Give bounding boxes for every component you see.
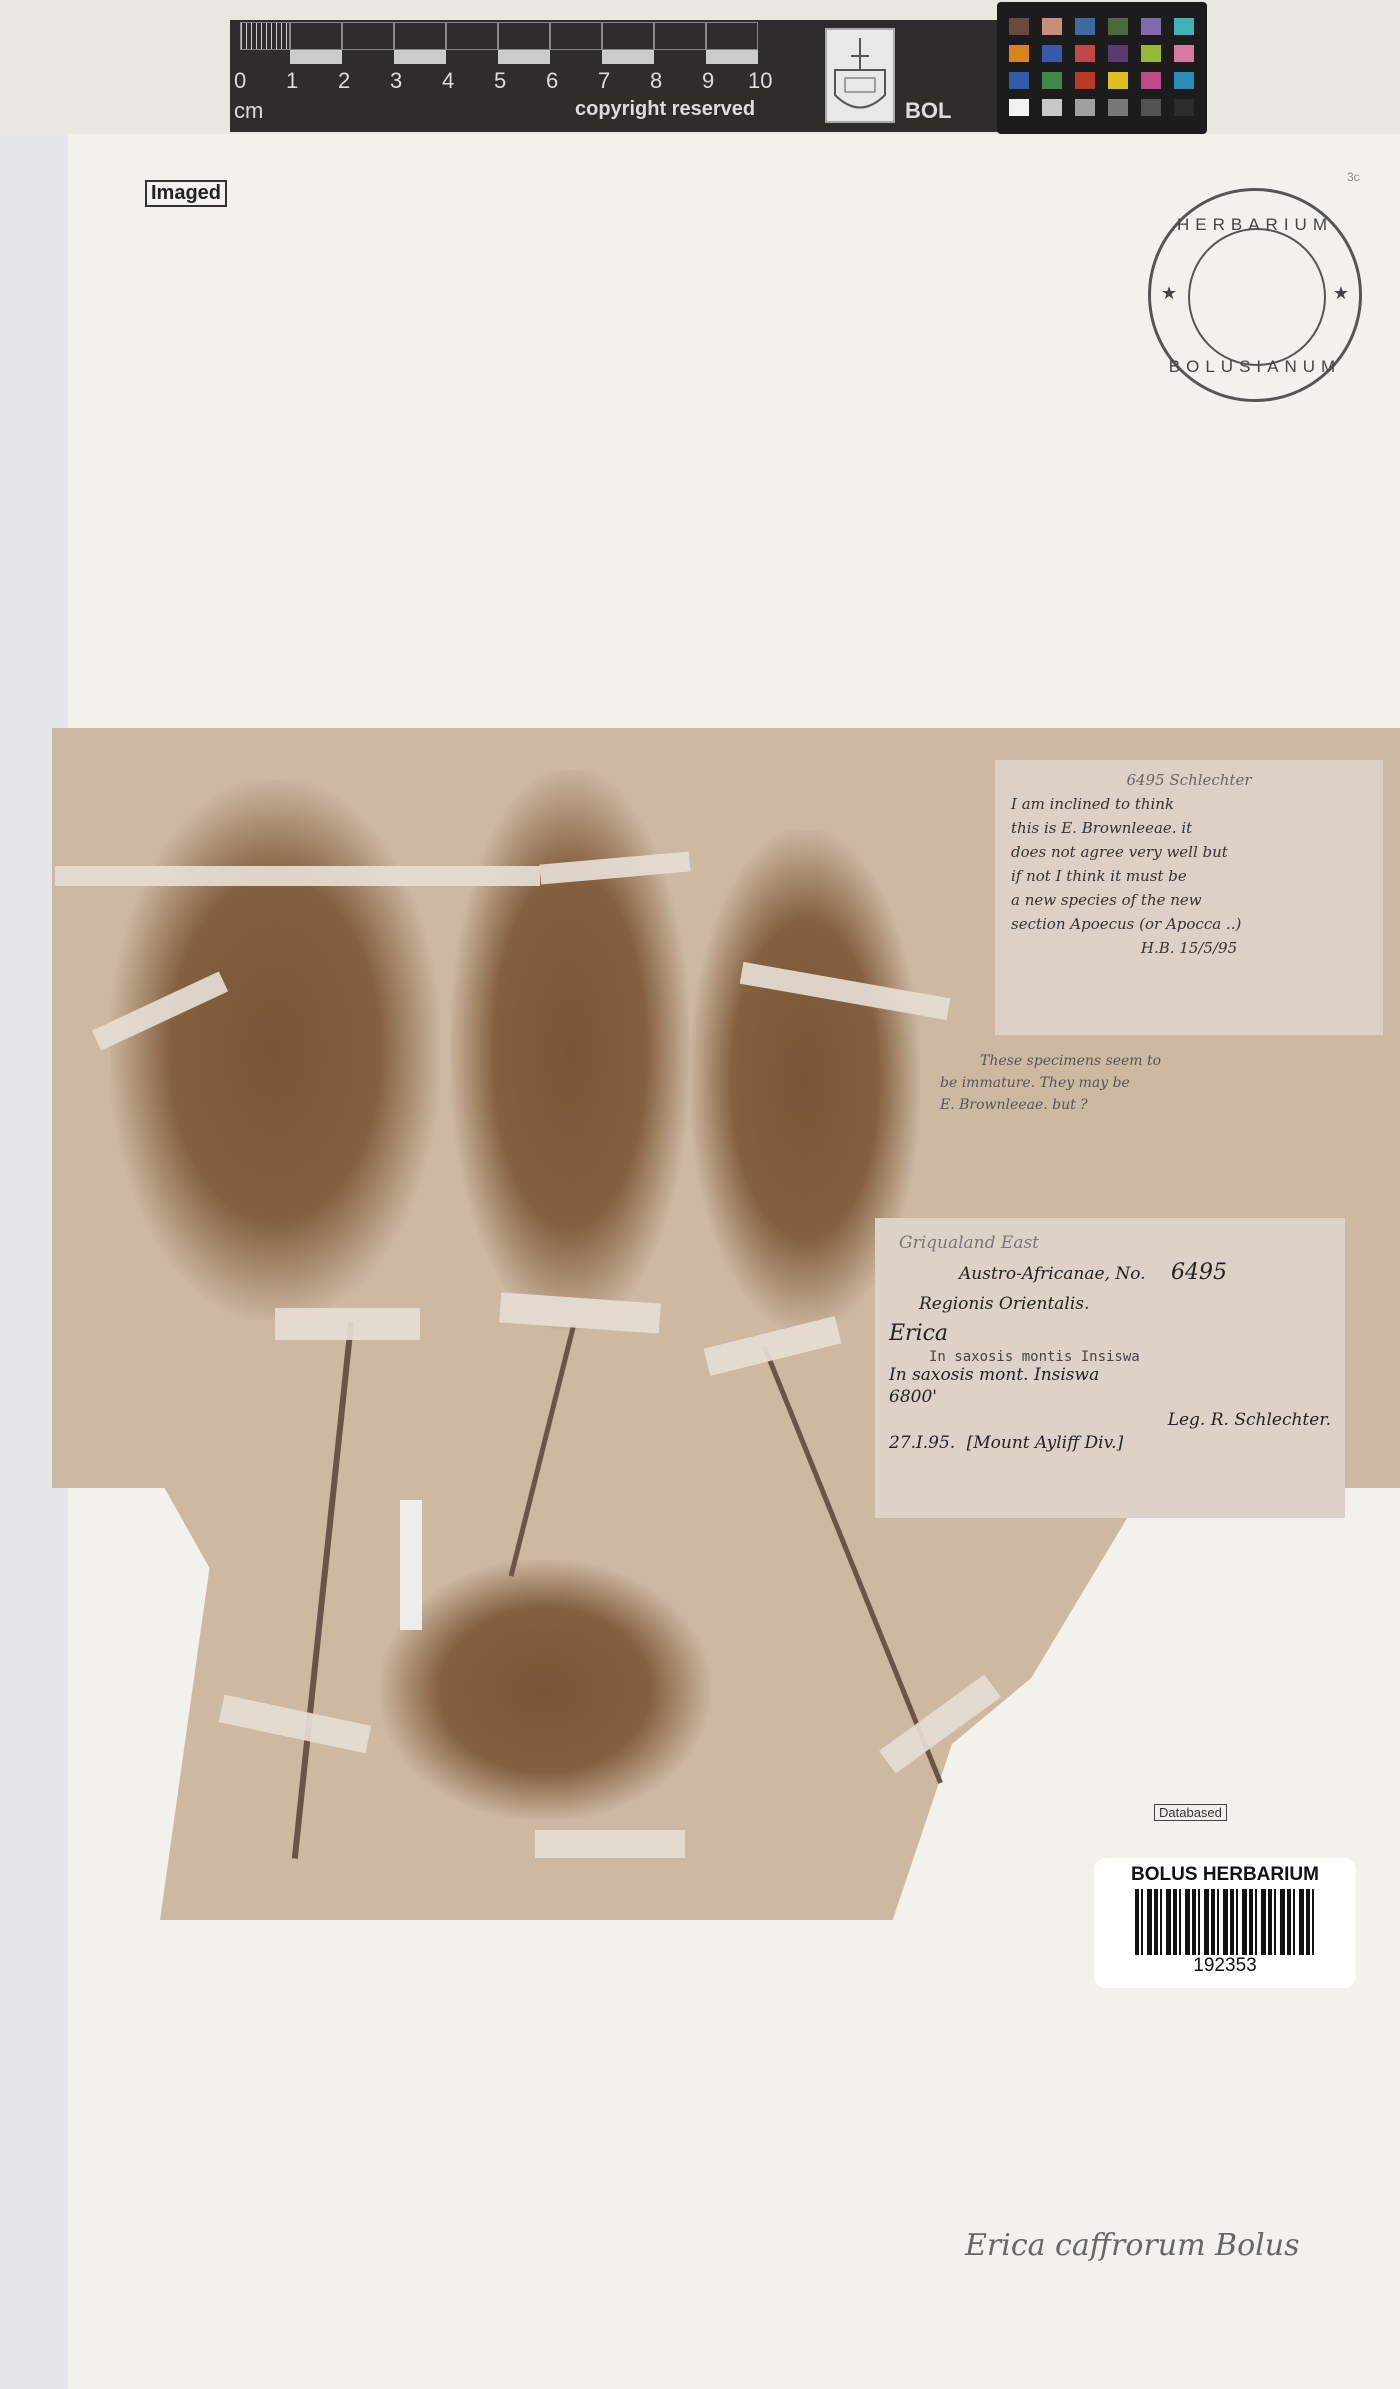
tick-8: 8 — [650, 68, 662, 94]
note-header: 6495 Schlechter — [1011, 768, 1367, 792]
note-line: I am inclined to think — [1011, 792, 1367, 816]
barcode-number: 192353 — [1094, 1955, 1356, 1977]
tick-6: 6 — [546, 68, 558, 94]
color-swatch — [1108, 99, 1128, 116]
label-altitude: 6800' — [889, 1385, 1331, 1409]
note-line: does not agree very well but — [1011, 840, 1367, 864]
note-line: this is E. Brownleeae. it — [1011, 816, 1367, 840]
mounting-tape — [400, 1500, 422, 1630]
label-collector: Leg. R. Schlechter. — [889, 1409, 1331, 1431]
specimen-tangled-branches — [380, 1560, 710, 1820]
stamp-top-text: HERBARIUM — [1151, 215, 1359, 235]
color-swatch — [1141, 72, 1161, 89]
mounting-tape — [275, 1308, 420, 1340]
barcode-label: BOLUS HERBARIUM 192353 — [1094, 1858, 1356, 1988]
star-icon: ★ — [1333, 283, 1349, 304]
color-swatch — [1174, 18, 1194, 35]
color-swatch — [1141, 99, 1161, 116]
collection-label: Griqualand East Austro-Africanae, No. 64… — [875, 1218, 1345, 1518]
label-district: [Mount Ayliff Div.] — [967, 1433, 1124, 1453]
pencil-note: These specimens seem to be immature. The… — [940, 1050, 1340, 1116]
label-region: Regionis Orientalis. — [889, 1289, 1331, 1319]
note-line: section Apoecus (or Apocca ..) — [1011, 912, 1367, 936]
label-number: 6495 — [1171, 1260, 1227, 1285]
unit-label: cm — [234, 98, 263, 124]
scale-ruler: 0 1 2 3 4 5 6 7 8 9 10 cm copyright rese… — [230, 20, 1000, 132]
copyright-label: copyright reserved — [575, 98, 755, 121]
pencil-line: be immature. They may be — [940, 1072, 1340, 1094]
institution-code: BOL — [905, 98, 951, 124]
color-swatch — [1141, 18, 1161, 35]
color-swatch — [1042, 99, 1062, 116]
tick-2: 2 — [338, 68, 350, 94]
color-swatch — [1075, 18, 1095, 35]
herbarium-stamp: HERBARIUM BOLUSIANUM ★ ★ — [1148, 188, 1362, 402]
note-line: if not I think it must be — [1011, 864, 1367, 888]
label-series: Austro-Africanae, No. — [959, 1264, 1146, 1284]
pencil-line: These specimens seem to — [940, 1050, 1340, 1072]
color-swatch — [1009, 72, 1029, 89]
color-swatch — [1042, 45, 1062, 62]
label-habitat-typed: In saxosis montis Insiswa — [889, 1349, 1331, 1365]
note-signature: H.B. 15/5/95 — [1011, 936, 1367, 960]
determination-text: Erica caffrorum Bolus — [965, 2228, 1299, 2263]
tick-5: 5 — [494, 68, 506, 94]
color-swatch — [1174, 99, 1194, 116]
label-date: 27.I.95. — [889, 1433, 955, 1453]
note-line: a new species of the new — [1011, 888, 1367, 912]
tick-0: 0 — [234, 68, 246, 94]
color-swatch — [1174, 72, 1194, 89]
tick-3: 3 — [390, 68, 402, 94]
label-genus: Erica — [889, 1319, 1331, 1349]
tick-1: 1 — [286, 68, 298, 94]
color-swatch — [1042, 72, 1062, 89]
imaged-stamp: Imaged — [145, 180, 227, 207]
barcode-title: BOLUS HERBARIUM — [1094, 1864, 1356, 1886]
color-swatch — [1141, 45, 1161, 62]
label-habitat-handwritten: In saxosis mont. Insiswa — [889, 1365, 1331, 1385]
tick-7: 7 — [598, 68, 610, 94]
color-swatch — [1009, 45, 1029, 62]
color-swatch — [1108, 45, 1128, 62]
color-calibration-chart — [997, 2, 1207, 134]
star-icon: ★ — [1161, 283, 1177, 304]
tick-4: 4 — [442, 68, 454, 94]
corner-mark: 3c — [1347, 170, 1360, 184]
color-swatch — [1075, 99, 1095, 116]
color-swatch — [1108, 72, 1128, 89]
tick-10: 10 — [748, 68, 772, 94]
pencil-line: E. Brownleeae. but ? — [940, 1094, 1340, 1116]
annotation-note: 6495 Schlechter I am inclined to think t… — [995, 760, 1383, 1035]
stamp-inner-ring — [1188, 228, 1326, 366]
color-swatch — [1009, 99, 1029, 116]
color-swatch — [1108, 18, 1128, 35]
color-swatch — [1075, 72, 1095, 89]
mounting-tape — [55, 866, 540, 886]
color-swatch — [1042, 18, 1062, 35]
databased-stamp: Databased — [1154, 1804, 1227, 1821]
label-region-handwritten: Griqualand East — [889, 1228, 1331, 1258]
color-swatch — [1009, 18, 1029, 35]
color-swatch — [1075, 45, 1095, 62]
stamp-bottom-text: BOLUSIANUM — [1151, 357, 1359, 377]
mounting-tape — [535, 1830, 685, 1858]
color-swatch — [1174, 45, 1194, 62]
barcode-icon — [1135, 1889, 1315, 1955]
tick-9: 9 — [702, 68, 714, 94]
specimen-branch-left — [110, 780, 440, 1320]
crest-icon — [825, 28, 895, 123]
